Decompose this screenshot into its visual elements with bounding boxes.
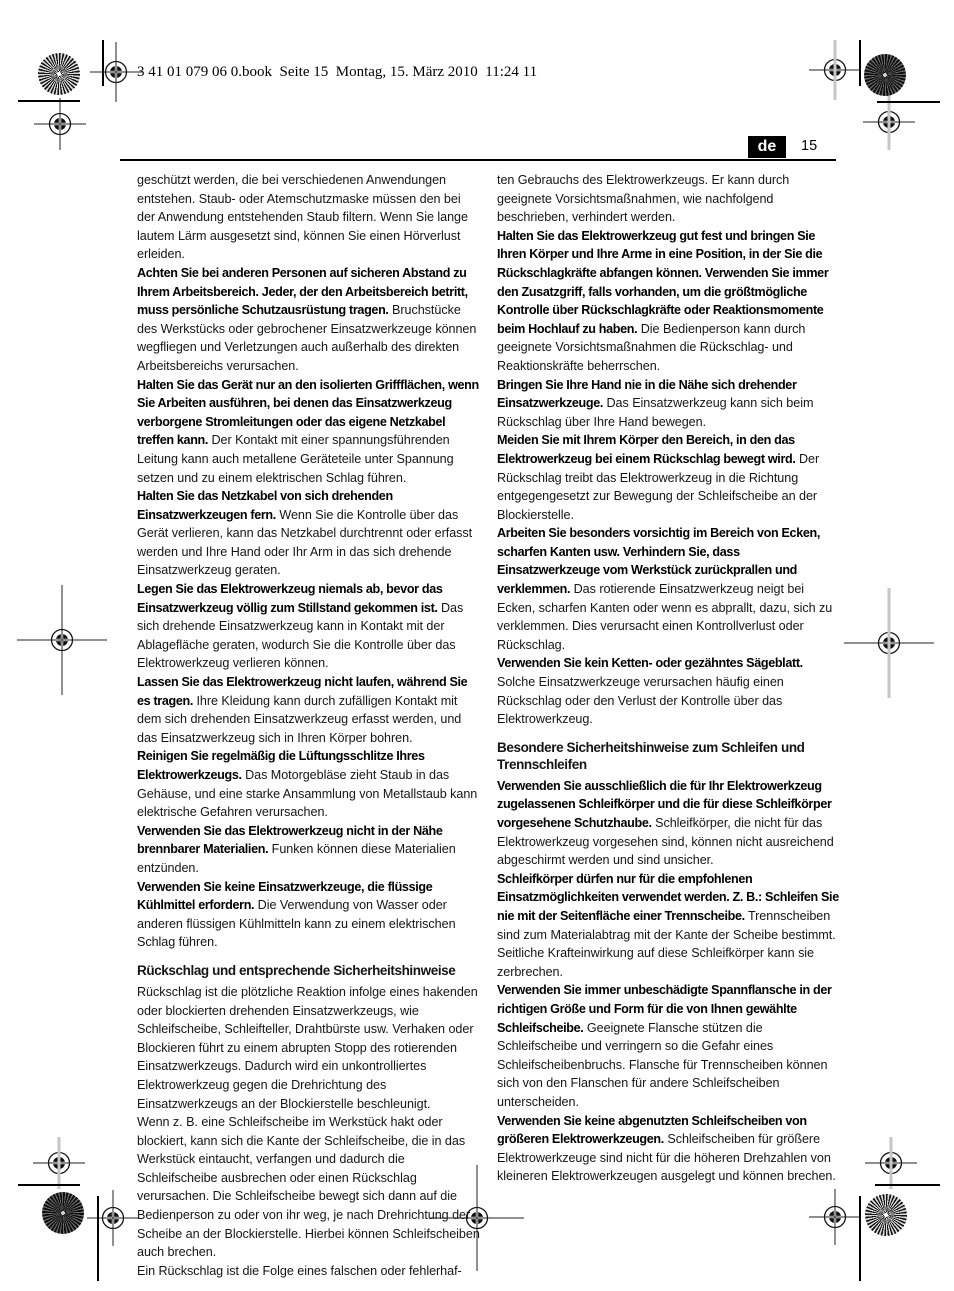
document-page: 3 41 01 079 06 0.book Seite 15 Montag, 1… [0,0,954,1291]
paragraph: Rückschlag ist die plötzliche Reaktion i… [137,983,481,1113]
crop-mark-line [859,40,861,86]
left-column: geschützt werden, die bei verschiedenen … [137,171,481,1280]
paragraph: Halten Sie das Elektrowerkzeug gut fest … [497,227,839,376]
paragraph: Verwenden Sie ausschließlich die für Ihr… [497,777,839,870]
registration-mark-icon [844,588,934,698]
crop-mark-line [859,1196,861,1281]
registration-mark-icon [87,1190,139,1246]
paragraph: Verwenden Sie das Elektrowerkzeug nicht … [137,822,481,878]
registration-mark-icon [34,98,86,150]
paragraph: Verwenden Sie keine abgenutzten Schleifs… [497,1112,839,1186]
bold-lead-text: Halten Sie das Elektrowerkzeug gut fest … [497,229,828,336]
bold-lead-text: Legen Sie das Elektrowerkzeug niemals ab… [137,582,443,615]
crop-mark-line [875,1184,940,1186]
paragraph: Arbeiten Sie besonders vorsichtig im Ber… [497,524,839,654]
paragraph: Schleifkörper dürfen nur für die empfohl… [497,870,839,982]
registration-mark-icon [17,585,107,695]
starburst-icon [42,1192,84,1234]
paragraph: Verwenden Sie immer unbeschädigte Spannf… [497,981,839,1111]
paragraph: Lassen Sie das Elektrowerkzeug nicht lau… [137,673,481,747]
starburst-icon [865,1194,907,1236]
paragraph: Verwenden Sie keine Einsatzwerkzeuge, di… [137,878,481,952]
crop-mark-line [18,1184,80,1186]
crop-mark-line [18,100,80,102]
language-badge: de [748,136,786,158]
right-column: ten Gebrauchs des Elektrowerkzeugs. Er k… [497,171,839,1186]
paragraph: Meiden Sie mit Ihrem Körper den Bereich,… [497,431,839,524]
registration-mark-icon [809,40,861,100]
paragraph: ten Gebrauchs des Elektrowerkzeugs. Er k… [497,171,839,227]
crop-mark-line [877,101,940,103]
paragraph: Legen Sie das Elektrowerkzeug niemals ab… [137,580,481,673]
body-text: Wenn z. B. eine Schleifscheibe im Werkst… [137,1115,480,1259]
paragraph: Achten Sie bei anderen Personen auf sich… [137,264,481,376]
page-number: 15 [801,138,817,154]
body-text: geschützt werden, die bei verschiedenen … [137,173,468,261]
bold-lead-text: Meiden Sie mit Ihrem Körper den Bereich,… [497,433,796,466]
body-text: Rückschlag und entsprechende Sicherheits… [137,963,455,978]
body-text: Solche Einsatzwerkzeuge verursachen häuf… [497,675,784,726]
paragraph: Reinigen Sie regelmäßig die Lüftungsschl… [137,747,481,821]
paragraph: Verwenden Sie kein Ketten- oder gezähnte… [497,654,839,728]
registration-mark-icon [33,1137,85,1189]
registration-mark-icon [430,1165,524,1271]
body-text: Ein Rückschlag ist die Folge eines falsc… [137,1264,462,1278]
section-heading: Besondere Sicherheitshinweise zum Schlei… [497,739,839,773]
paragraph: Halten Sie das Netzkabel von sich drehen… [137,487,481,580]
body-text: ten Gebrauchs des Elektrowerkzeugs. Er k… [497,173,789,224]
crop-mark-line [97,1196,99,1281]
body-text: Rückschlag ist die plötzliche Reaktion i… [137,985,478,1111]
registration-mark-icon [809,1189,861,1245]
header-rule [120,159,836,161]
paragraph: Halten Sie das Gerät nur an den isoliert… [137,376,481,488]
starburst-icon [38,53,80,95]
registration-mark-icon [865,1137,917,1189]
body-text: Besondere Sicherheitshinweise zum Schlei… [497,740,805,772]
print-header-line: 3 41 01 079 06 0.book Seite 15 Montag, 1… [137,64,537,81]
section-heading: Rückschlag und entsprechende Sicherheits… [137,962,481,979]
paragraph: Bringen Sie Ihre Hand nie in die Nähe si… [497,376,839,432]
bold-lead-text: Verwenden Sie kein Ketten- oder gezähnte… [497,656,803,670]
starburst-icon [864,54,906,96]
crop-mark-line [102,40,104,86]
registration-mark-icon [90,42,142,102]
paragraph: geschützt werden, die bei verschiedenen … [137,171,481,264]
